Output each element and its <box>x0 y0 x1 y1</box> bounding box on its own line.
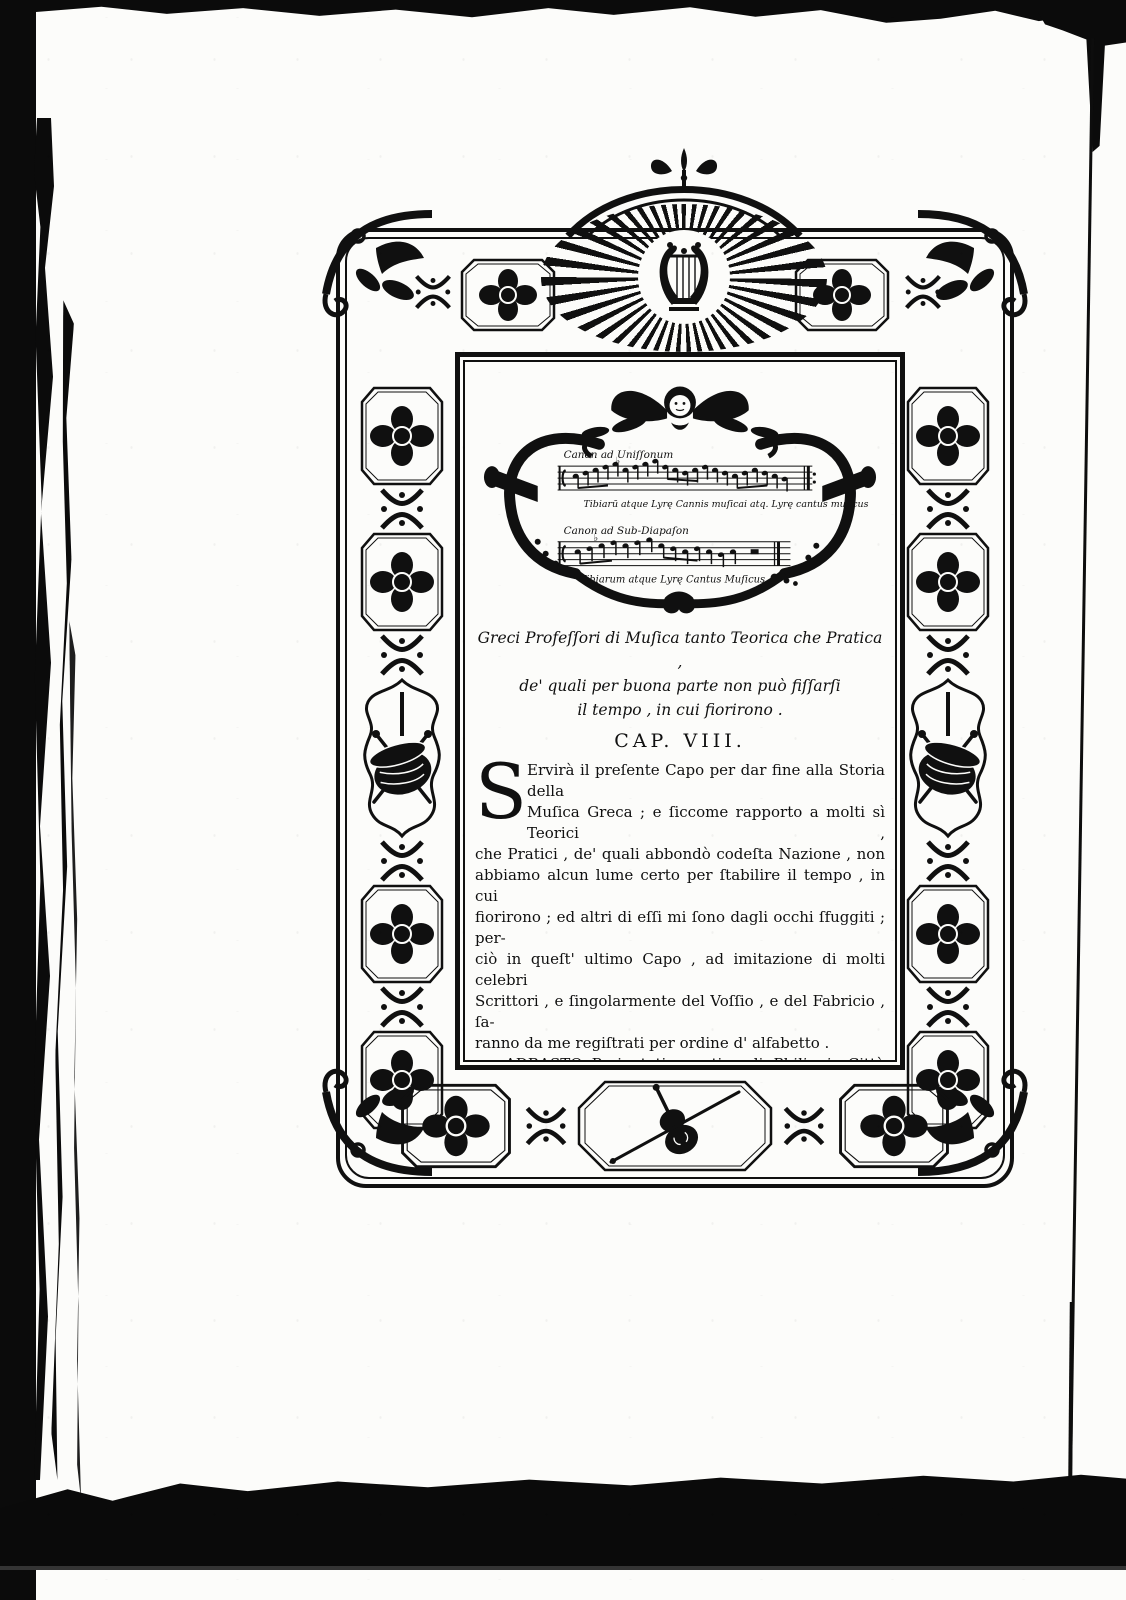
rosette-icon <box>813 269 871 321</box>
x-motif-icon <box>920 486 976 532</box>
text-plate-inner: Canon ad Uniſſonum ♭ <box>463 360 897 1062</box>
rosette-icon <box>479 269 537 321</box>
x-motif-icon <box>920 838 976 884</box>
rosette-icon <box>916 406 980 466</box>
rosette-panel <box>397 1083 515 1169</box>
paragraph-1-lines: Ervirà il preſente Capo per dar fine all… <box>475 760 885 1054</box>
scan-fold-line <box>1068 1302 1074 1484</box>
x-motif-icon <box>920 632 976 678</box>
rosette-panel <box>460 258 556 332</box>
drum-icon <box>367 692 437 802</box>
drop-cap: S <box>475 764 521 824</box>
violin-panel <box>577 1078 773 1174</box>
section-heading: Greci Profeſſori di Muſica tanto Teorica… <box>475 626 885 722</box>
frame-side-column-right <box>906 386 990 1130</box>
staff2-lyric: Tibiarum atque Lyrę Cantus Muſicus <box>580 575 766 586</box>
x-motif-icon <box>374 486 430 532</box>
rosette-icon <box>370 552 434 612</box>
scan-ink-blob <box>1038 0 1126 152</box>
staff2-label: Canon ad Sub-Diapaſon <box>564 525 689 537</box>
rosette-panel <box>360 884 444 984</box>
rosette-icon <box>422 1096 489 1156</box>
x-motif-icon <box>410 272 456 312</box>
crest-finial-icon <box>534 144 834 240</box>
engraved-frame: Canon ad Uniſſonum ♭ <box>322 150 1028 1218</box>
rosette-panel <box>360 386 444 486</box>
rosette-icon <box>370 406 434 466</box>
scan-gutter-shadow <box>0 0 36 1600</box>
rosette-panel <box>360 532 444 632</box>
paragraph-2: ADRASTO Peripatetico nativo di Philippis… <box>475 1054 885 1062</box>
scan-streak <box>34 118 54 1480</box>
rosette-panel <box>906 386 990 486</box>
rosette-icon <box>916 552 980 612</box>
rosette-panel <box>794 258 890 332</box>
rosette-icon <box>370 904 434 964</box>
x-motif-icon <box>900 272 946 312</box>
paragraph-1: S Ervirà il preſente Capo per dar fine a… <box>475 760 885 1054</box>
x-motif-icon <box>374 984 430 1030</box>
scan-bottom-shadow <box>0 1470 1126 1566</box>
frame-bottom-band <box>384 1078 966 1174</box>
scan-bottom-shadow-edge <box>0 1566 1126 1570</box>
x-motif-icon <box>520 1104 572 1148</box>
lyre-disc <box>638 230 730 324</box>
x-motif-icon <box>374 838 430 884</box>
music-staff-1: Canon ad Uniſſonum ♭ <box>558 449 869 510</box>
scan-fold-line <box>1069 38 1094 1486</box>
scan-top-edge <box>36 0 1126 24</box>
chapter-heading: CAP. VIII. <box>475 730 885 752</box>
music-cartouche: Canon ad Uniſſonum ♭ <box>480 366 880 618</box>
frame-side-column-left <box>360 386 444 1130</box>
drum-panel <box>906 678 990 838</box>
svg-text:♭: ♭ <box>593 533 598 544</box>
paragraph-2-lines: ADRASTO Peripatetico nativo di Philippis… <box>475 1054 885 1062</box>
text-plate: Canon ad Uniſſonum ♭ <box>455 352 905 1070</box>
scan-streak <box>69 620 83 1500</box>
lyre-sunburst-crest <box>534 144 834 362</box>
rosette-icon <box>916 904 980 964</box>
rosette-panel <box>835 1083 953 1169</box>
drum-icon <box>914 692 984 802</box>
lyre-icon <box>652 237 716 319</box>
music-staff-2: Canon ad Sub-Diapaſon ♭ <box>558 525 791 586</box>
x-motif-icon <box>374 632 430 678</box>
scan-streak <box>51 300 74 1480</box>
x-motif-icon <box>778 1104 830 1148</box>
drum-panel <box>360 678 444 838</box>
staff1-lyric: Tibiarū atque Lyrę Cannis muſicai atq. L… <box>583 499 868 510</box>
rosette-panel <box>906 532 990 632</box>
rosette-icon <box>860 1096 927 1156</box>
x-motif-icon <box>920 984 976 1030</box>
rosette-panel <box>906 884 990 984</box>
book-page-scan: Canon ad Uniſſonum ♭ <box>0 0 1126 1600</box>
